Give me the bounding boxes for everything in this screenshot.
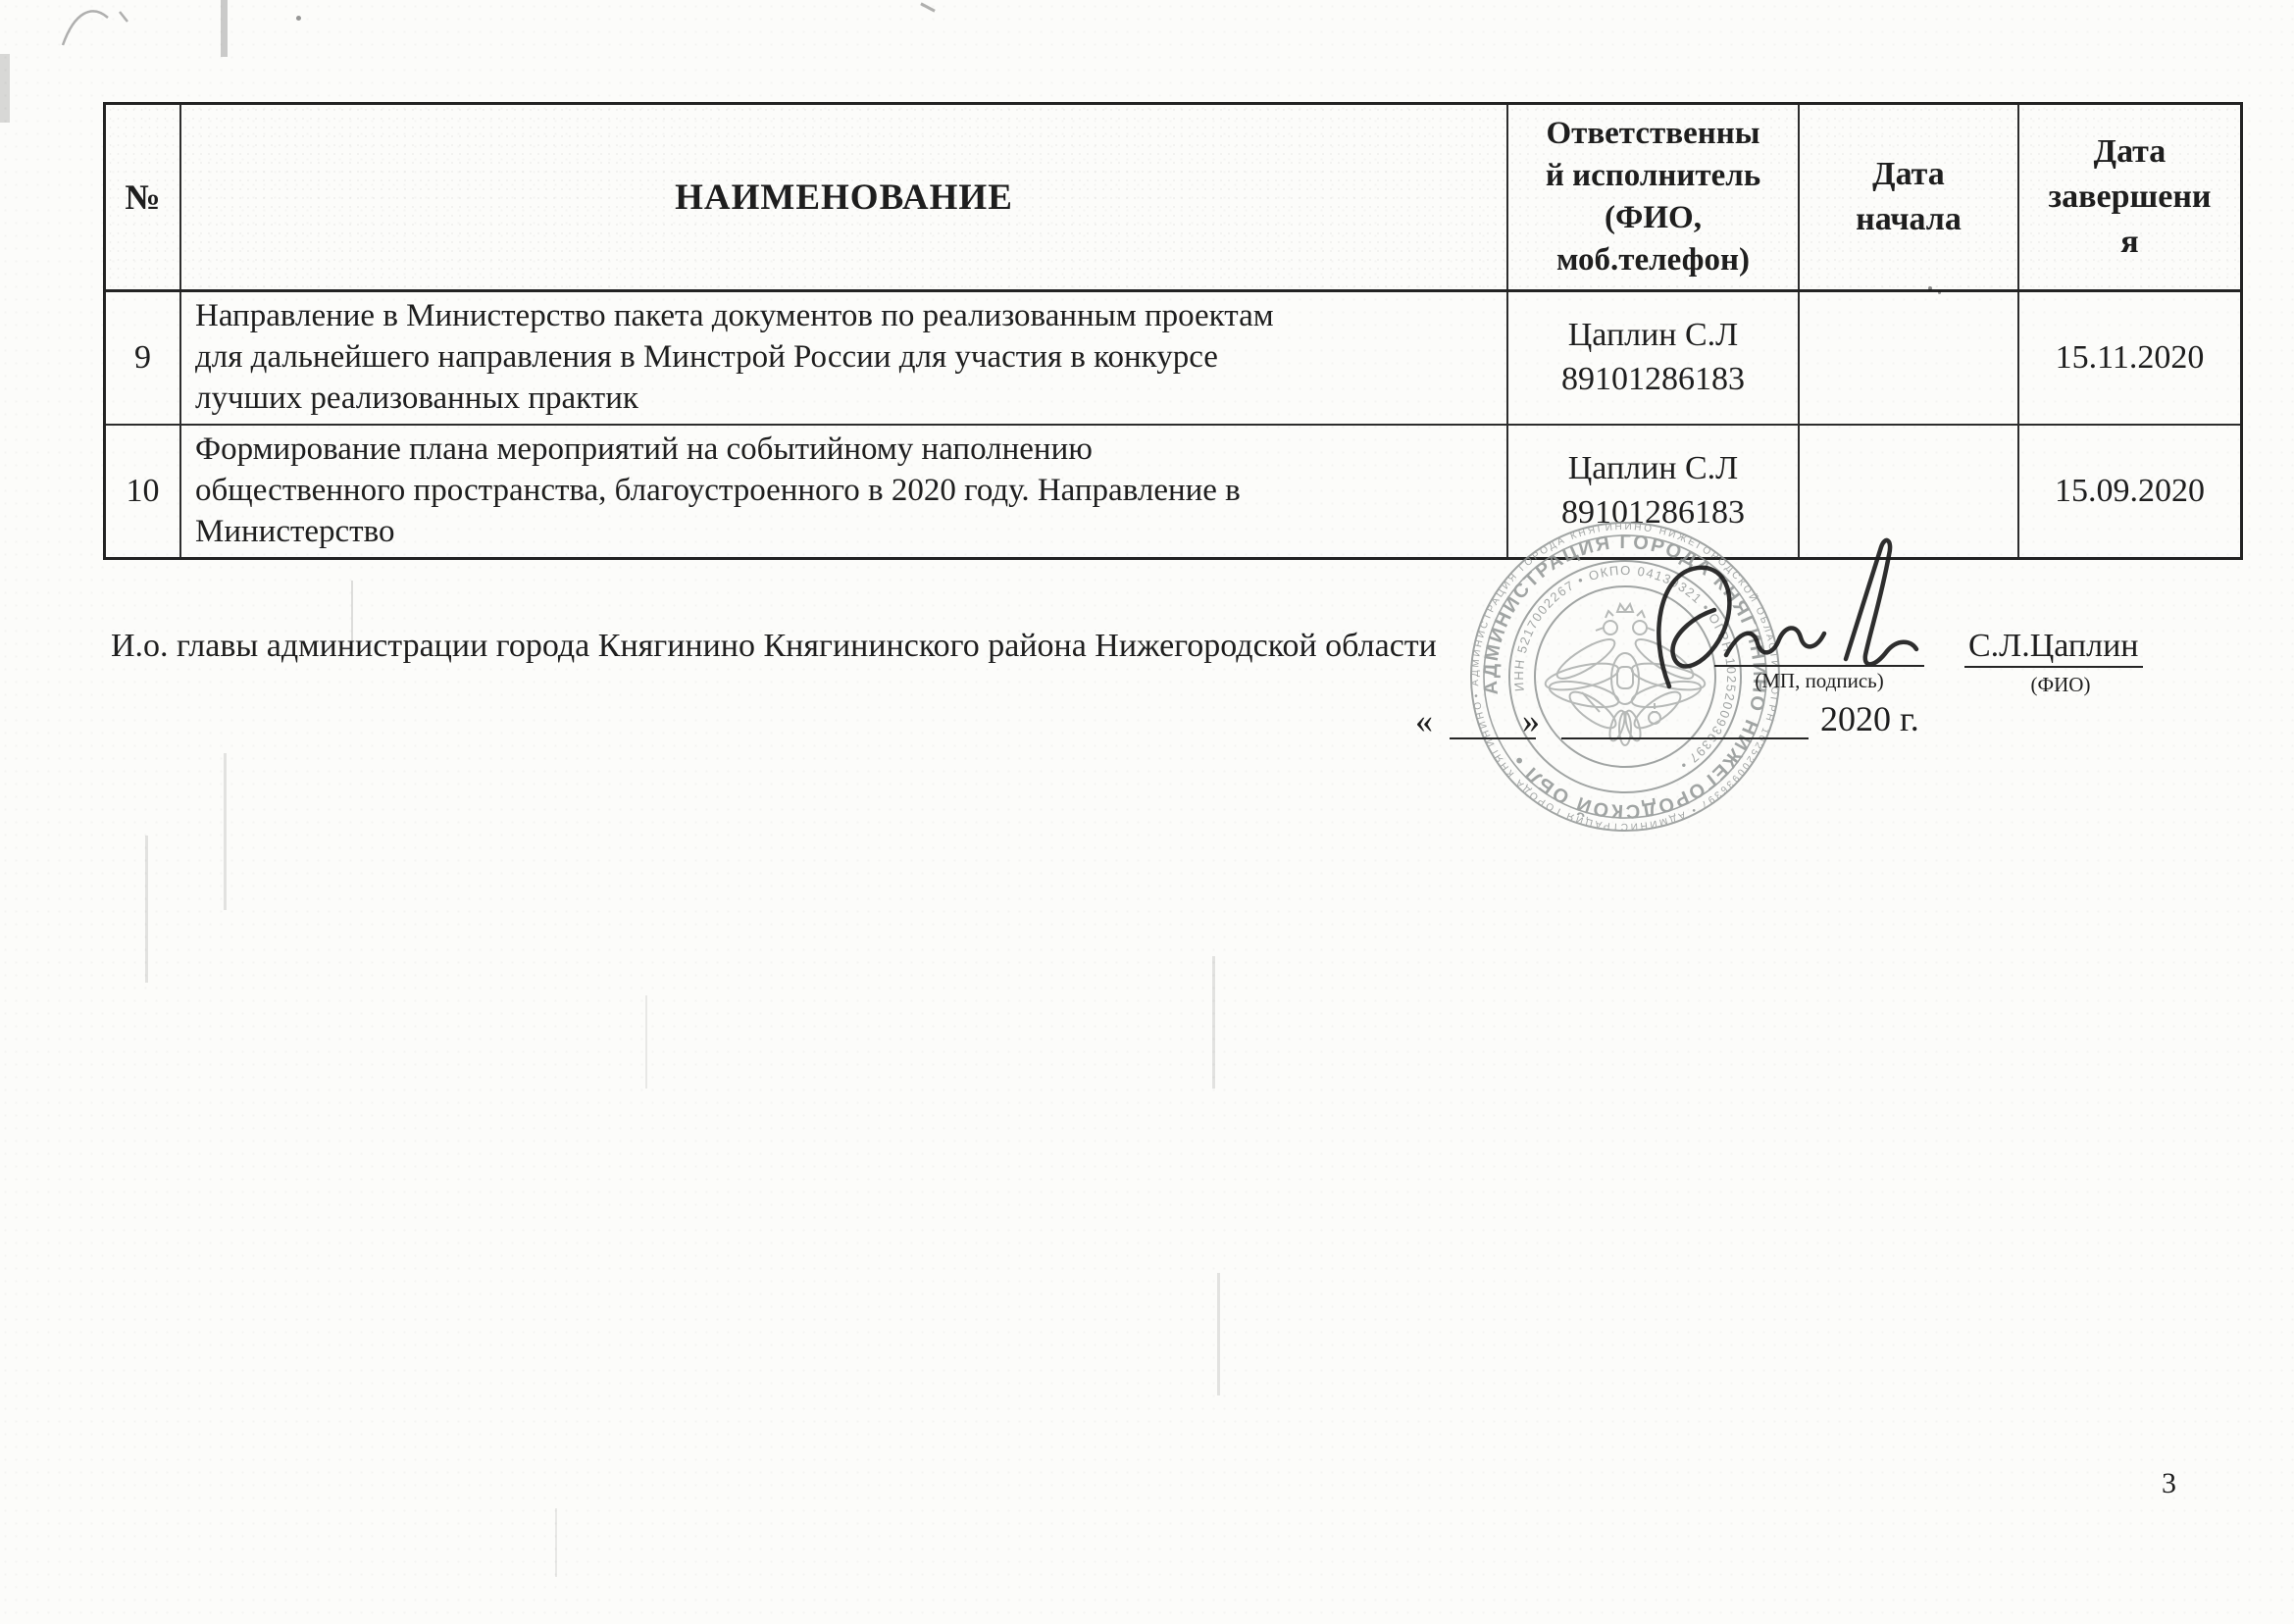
scan-artifact bbox=[221, 0, 228, 57]
row-task-name: Формирование плана мероприятий на событи… bbox=[180, 425, 1507, 559]
task-name-line: Министерство bbox=[195, 512, 1497, 553]
table-row: 9 Направление в Министерство пакета доку… bbox=[105, 291, 2242, 425]
page-number: 3 bbox=[2162, 1467, 2176, 1500]
header-executor-line: й исполнитель bbox=[1509, 155, 1797, 197]
header-cell-executor: Ответственны й исполнитель (ФИО, моб.тел… bbox=[1507, 104, 1799, 291]
task-name-line: общественного пространства, благоустроен… bbox=[195, 471, 1497, 512]
executor-phone: 89101286183 bbox=[1509, 358, 1797, 402]
scan-artifact bbox=[1217, 1273, 1220, 1396]
scan-artifact bbox=[0, 54, 10, 123]
task-name-line: Формирование плана мероприятий на событи… bbox=[195, 430, 1497, 471]
signoff-title: И.о. главы администрации города Княгинин… bbox=[111, 628, 1437, 665]
scan-artifact bbox=[57, 2, 155, 53]
header-executor-line: Ответственны bbox=[1509, 113, 1797, 155]
signoff-fio-value: С.Л.Цаплин bbox=[1964, 628, 2143, 668]
row-number: 10 bbox=[105, 425, 181, 559]
header-date-end-line: Дата bbox=[2020, 129, 2239, 175]
header-cell-date-end: Дата завершени я bbox=[2018, 104, 2242, 291]
row-date-end: 15.09.2020 bbox=[2018, 425, 2242, 559]
tasks-table: № НАИМЕНОВАНИЕ Ответственны й исполнител… bbox=[103, 102, 2243, 560]
task-name-line: Направление в Министерство пакета докуме… bbox=[195, 296, 1497, 337]
scan-artifact bbox=[224, 753, 227, 910]
header-cell-date-start: Дата начала bbox=[1799, 104, 2018, 291]
date-open-quote: « bbox=[1415, 700, 1433, 741]
header-date-end-line: завершени bbox=[2020, 175, 2239, 220]
row-number: 9 bbox=[105, 291, 181, 425]
scan-artifact bbox=[1212, 956, 1215, 1089]
signature-blank-line bbox=[1714, 628, 1924, 667]
header-cell-number: № bbox=[105, 104, 181, 291]
scan-artifact bbox=[145, 836, 148, 983]
header-executor-line: (ФИО, bbox=[1509, 197, 1797, 239]
header-date-start-line: начала bbox=[1801, 197, 2016, 242]
header-cell-name: НАИМЕНОВАНИЕ bbox=[180, 104, 1507, 291]
row-task-name: Направление в Министерство пакета докуме… bbox=[180, 291, 1507, 425]
task-name-line: для дальнейшего направления в Минстрой Р… bbox=[195, 337, 1497, 379]
header-executor-line: моб.телефон) bbox=[1509, 239, 1797, 281]
table-header-row: № НАИМЕНОВАНИЕ Ответственны й исполнител… bbox=[105, 104, 2242, 291]
executor-name: Цаплин С.Л bbox=[1509, 314, 1797, 358]
row-date-start bbox=[1799, 291, 2018, 425]
scan-artifact bbox=[920, 2, 936, 12]
task-name-line: лучших реализованных практик bbox=[195, 379, 1497, 420]
header-date-start-line: Дата bbox=[1801, 152, 2016, 197]
header-date-end-line: я bbox=[2020, 220, 2239, 265]
row-executor: Цаплин С.Л 89101286183 bbox=[1507, 291, 1799, 425]
date-close-quote: » bbox=[1522, 700, 1540, 741]
scan-artifact bbox=[555, 1508, 557, 1577]
scanned-document-page: { "colors": { "ink": "#1e1e1e", "stamp":… bbox=[0, 0, 2294, 1624]
executor-name: Цаплин С.Л bbox=[1509, 447, 1797, 491]
date-year-label: 2020 г. bbox=[1820, 698, 1919, 739]
stamp-signature-caption: (МП, подпись) bbox=[1708, 669, 1930, 693]
scan-artifact bbox=[645, 995, 647, 1089]
row-date-end: 15.11.2020 bbox=[2018, 291, 2242, 425]
fio-caption: (ФИО) bbox=[1964, 673, 2157, 697]
date-month-blank bbox=[1561, 700, 1809, 739]
scan-artifact bbox=[296, 16, 301, 21]
